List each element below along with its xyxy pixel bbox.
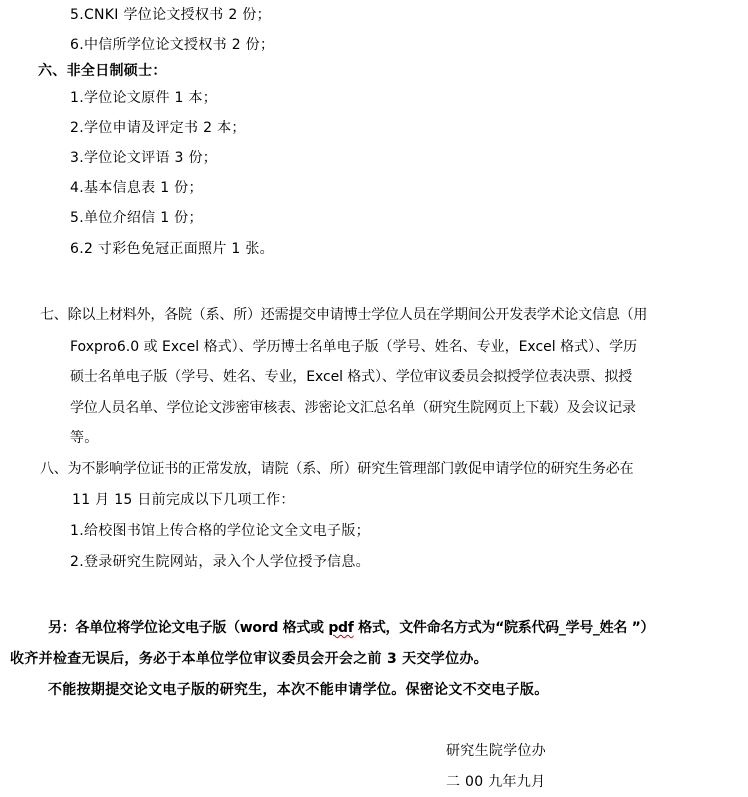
list-item: 5.CNKI 学位论文授权书 2 份； — [70, 6, 271, 24]
paragraph-line: Foxpro6.0 或 Excel 格式）、学历博士名单电子版（学号、姓名、专业… — [70, 338, 637, 356]
spellcheck-word: pdf — [328, 620, 353, 636]
paragraph-line: 硕士名单电子版（学号、姓名、专业，Excel 格式）、学位审议委员会拟授学位表决… — [70, 368, 632, 386]
paragraph-line: 11 月 15 日前完成以下几项工作： — [72, 491, 295, 509]
list-item: 1.学位论文原件 1 本； — [70, 89, 217, 107]
list-item: 3.学位论文评语 3 份； — [70, 149, 217, 167]
note-line: 收齐并检查无误后，务必于本单位学位审议委员会开会之前 3 天交学位办。 — [10, 650, 488, 668]
paragraph-line: 等。 — [70, 429, 99, 447]
signature-office: 研究生院学位办 — [446, 742, 546, 760]
note-line: 另：各单位将学位论文电子版（word 格式或 pdf 格式，文件命名方式为“院系… — [48, 619, 654, 637]
paragraph-line: 七、除以上材料外，各院（系、所）还需提交申请博士学位人员在学期间公开发表学术论文… — [40, 306, 647, 324]
list-item: 1.给校图书馆上传合格的学位论文全文电子版； — [70, 522, 370, 540]
signature-date: 二 00 九年九月 — [446, 773, 545, 791]
note-text: 格式，文件命名方式为“院系代码_学号_姓名 ”） — [354, 620, 655, 636]
paragraph-line: 学位人员名单、学位论文涉密审核表、涉密论文汇总名单（研究生院网页上下载）及会议记… — [70, 399, 636, 417]
paragraph-line: 八、为不影响学位证书的正常发放，请院（系、所）研究生管理部门敦促申请学位的研究生… — [40, 460, 633, 478]
note-line: 不能按期提交论文电子版的研究生，本次不能申请学位。保密论文不交电子版。 — [48, 681, 549, 699]
list-item: 4.基本信息表 1 份； — [70, 179, 203, 197]
section-heading: 六、非全日制硕士： — [38, 62, 167, 80]
list-item: 5.单位介绍信 1 份； — [70, 209, 203, 227]
list-item: 2.登录研究生院网站，录入个人学位授予信息。 — [70, 553, 370, 571]
list-item: 2.学位申请及评定书 2 本； — [70, 119, 246, 137]
list-item: 6.中信所学位论文授权书 2 份； — [70, 36, 274, 54]
list-item: 6.2 寸彩色免冠正面照片 1 张。 — [70, 240, 274, 258]
note-text: 另：各单位将学位论文电子版（word 格式或 — [48, 620, 328, 636]
